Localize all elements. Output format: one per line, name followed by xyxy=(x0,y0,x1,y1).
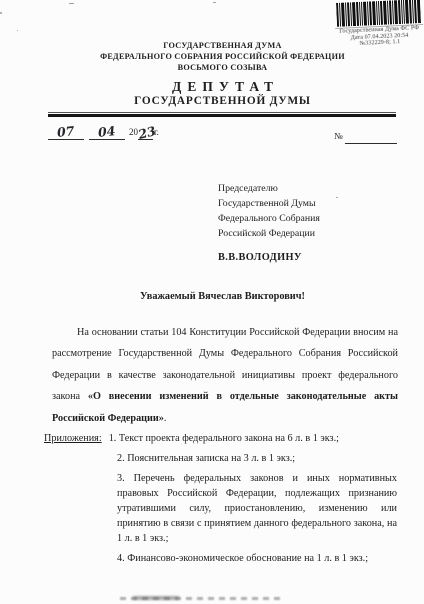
org-name-line2: ФЕДЕРАЛЬНОГО СОБРАНИЯ РОССИЙСКОЙ ФЕДЕРАЦ… xyxy=(48,51,397,62)
salutation: Уважаемый Вячеслав Викторович! xyxy=(48,291,397,302)
scan-speck xyxy=(17,30,18,31)
letterhead-rule xyxy=(48,112,396,117)
attachments-row-1: Приложения:1. Текст проекта федерального… xyxy=(44,431,397,446)
attachment-item-3: 3. Перечень федеральных законов и иных н… xyxy=(117,471,397,547)
barcode-icon xyxy=(336,0,421,27)
number-label: № xyxy=(334,131,343,141)
date-day-blank: 07 xyxy=(48,124,84,140)
addressee-name: В.В.ВОЛОДИНУ xyxy=(218,251,320,266)
number-blank xyxy=(345,128,397,144)
org-name-line3: ВОСЬМОГО СОЗЫВА xyxy=(48,62,397,73)
handwritten-year: 23 xyxy=(137,123,158,142)
addressee-block: Председателю Государственной Думы Федера… xyxy=(218,182,320,266)
date-line: 07042023г. xyxy=(48,124,159,144)
attachment-item-1: 1. Текст проекта федерального закона на … xyxy=(109,433,339,444)
attachments-block: Приложения:1. Текст проекта федерального… xyxy=(44,431,397,566)
handwritten-month: 04 xyxy=(98,123,117,140)
body-tail-text: . xyxy=(164,413,167,424)
scan-speck xyxy=(213,2,216,3)
date-month-blank: 04 xyxy=(89,124,125,140)
scan-speck xyxy=(69,3,74,4)
attachments-label: Приложения: xyxy=(44,433,102,444)
deputy-subtitle: ГОСУДАРСТВЕННОЙ ДУМЫ xyxy=(48,95,397,108)
law-title: «О внесении изменений в отдельные законо… xyxy=(52,391,398,423)
attachment-item-2: 2. Пояснительная записка на 3 л. в 1 экз… xyxy=(117,451,397,466)
addressee-line: Председателю xyxy=(218,182,320,197)
scan-smudge-dark xyxy=(133,596,179,600)
date-year-blank: 23 xyxy=(138,124,153,140)
letterhead: ГОСУДАРСТВЕННАЯ ДУМА ФЕДЕРАЛЬНОГО СОБРАН… xyxy=(48,40,397,108)
handwritten-day: 07 xyxy=(57,123,76,140)
body-paragraph: На основании статьи 104 Конституции Росс… xyxy=(52,322,398,429)
scan-speck xyxy=(336,197,338,198)
outgoing-number-line: № xyxy=(334,128,397,144)
addressee-line: Федерального Собрания xyxy=(218,212,320,227)
scan-speck xyxy=(0,12,2,14)
attachment-item-4: 4. Финансово-экономическое обоснование н… xyxy=(117,551,397,566)
scanned-letter-page: Государственная Дума ФС РФ Дата 07.04.20… xyxy=(0,0,424,604)
deputy-title: ДЕПУТАТ xyxy=(48,79,397,94)
org-name-line1: ГОСУДАРСТВЕННАЯ ДУМА xyxy=(48,40,397,51)
addressee-line: Российской Федерации xyxy=(218,227,320,242)
addressee-line: Государственной Думы xyxy=(218,197,320,212)
